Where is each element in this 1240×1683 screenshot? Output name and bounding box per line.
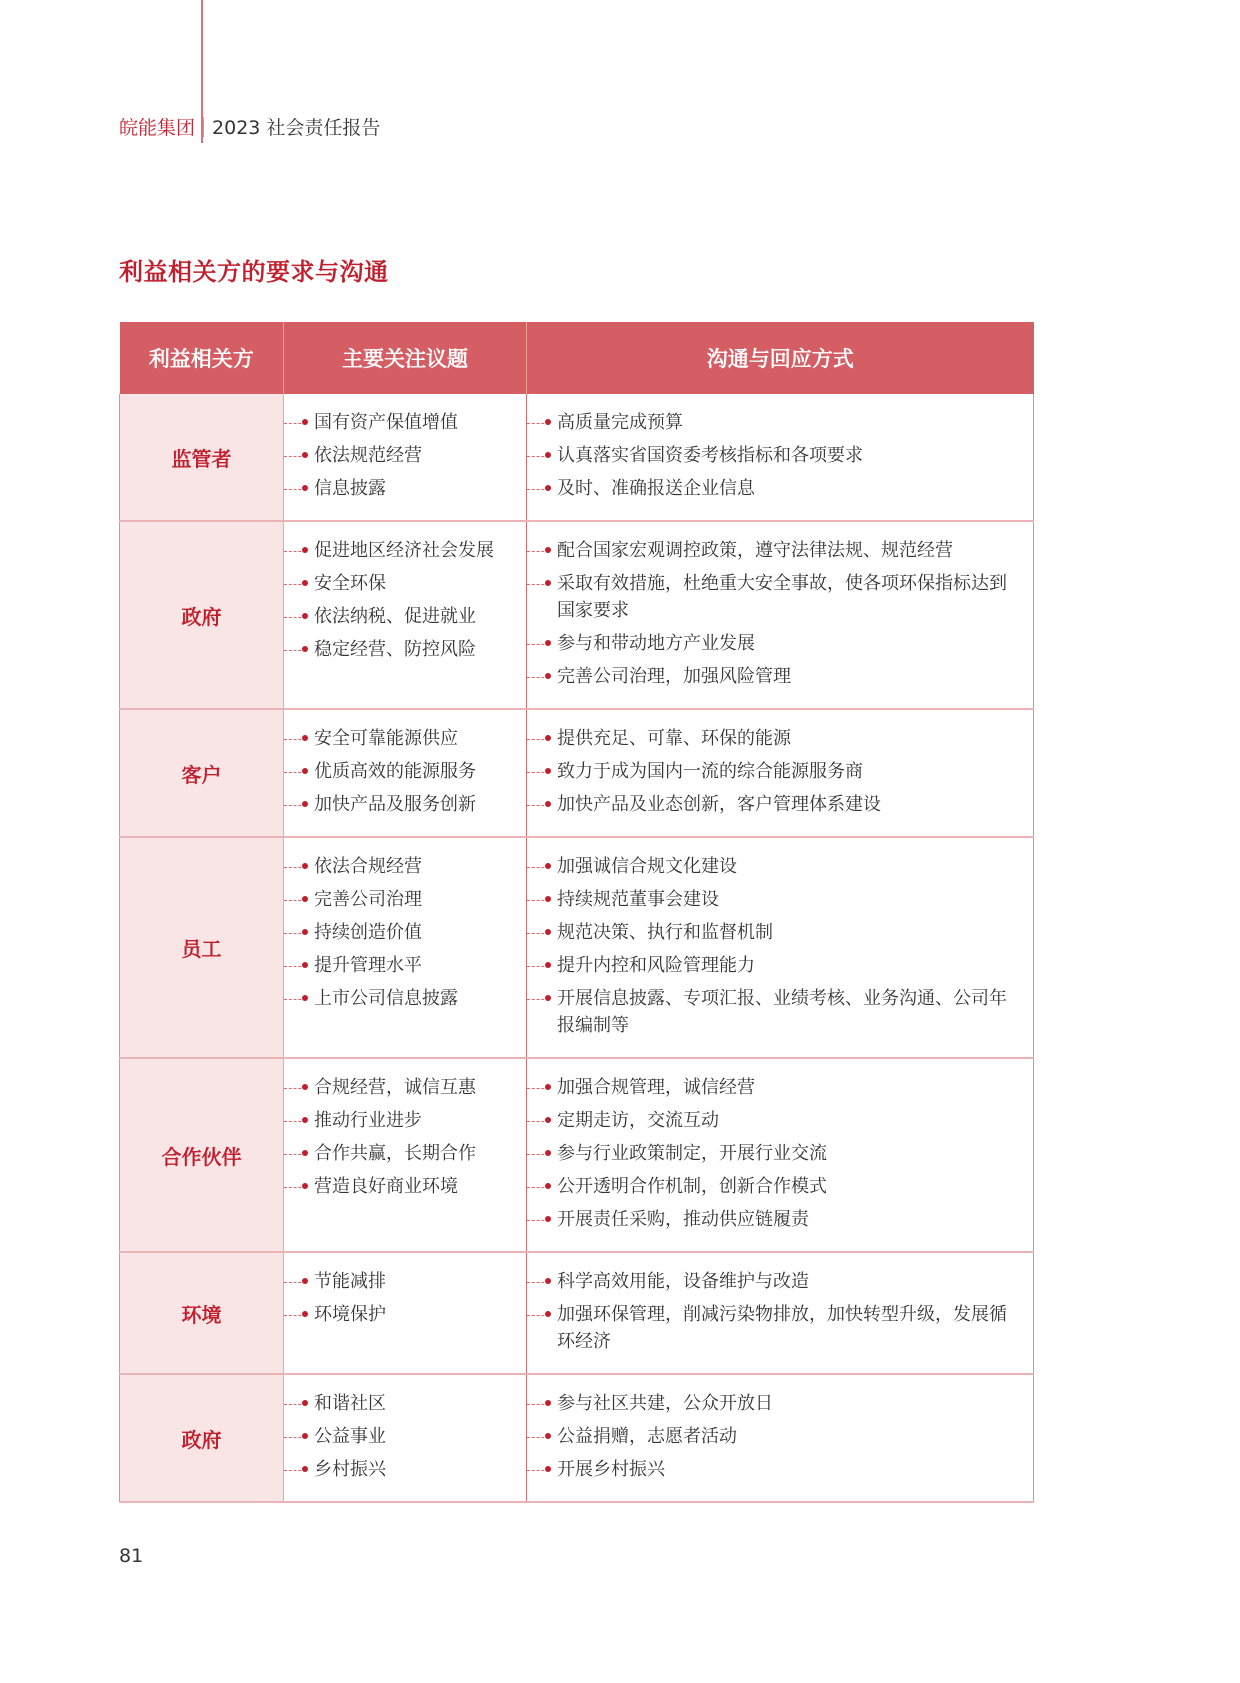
table-row: 员工依法合规经营完善公司治理持续创造价值提升管理水平上市公司信息披露加强诚信合规… <box>120 837 1034 1058</box>
section-title: 利益相关方的要求与沟通 <box>119 252 389 287</box>
bullet-leader-icon <box>284 1301 306 1316</box>
response-item: 参与社区共建，公众开放日 <box>527 1390 1013 1417</box>
bullet-leader-icon <box>284 1173 306 1188</box>
column-header-responses: 沟通与回应方式 <box>527 322 1034 394</box>
topic-item-text: 加快产品及服务创新 <box>310 791 506 818</box>
bullet-leader-icon <box>527 919 549 934</box>
response-item: 开展信息披露、专项汇报、业绩考核、业务沟通、公司年报编制等 <box>527 985 1013 1039</box>
stakeholder-cell: 政府 <box>120 1374 284 1502</box>
responses-cell: 提供充足、可靠、环保的能源致力于成为国内一流的综合能源服务商加快产品及业态创新，… <box>527 709 1034 837</box>
bullet-leader-icon <box>284 636 306 651</box>
bullet-leader-icon <box>527 952 549 967</box>
topic-item: 和谐社区 <box>284 1390 506 1417</box>
response-item: 开展乡村振兴 <box>527 1456 1013 1483</box>
response-item-text: 提供充足、可靠、环保的能源 <box>553 725 1013 752</box>
response-item-text: 采取有效措施，杜绝重大安全事故，使各项环保指标达到国家要求 <box>553 570 1013 624</box>
topic-item: 优质高效的能源服务 <box>284 758 506 785</box>
response-item-text: 加强诚信合规文化建设 <box>553 853 1013 880</box>
topic-item-text: 乡村振兴 <box>310 1456 506 1483</box>
table-header-row: 利益相关方 主要关注议题 沟通与回应方式 <box>120 322 1034 394</box>
bullet-leader-icon <box>527 1173 549 1188</box>
table-row: 合作伙伴合规经营，诚信互惠推动行业进步合作共赢，长期合作营造良好商业环境加强合规… <box>120 1058 1034 1252</box>
topic-item-text: 依法规范经营 <box>310 442 506 469</box>
bullet-leader-icon <box>527 442 549 457</box>
stakeholder-table: 利益相关方 主要关注议题 沟通与回应方式 监管者国有资产保值增值依法规范经营信息… <box>119 322 1034 1503</box>
page-number: 81 <box>119 1545 143 1567</box>
response-item: 及时、准确报送企业信息 <box>527 475 1013 502</box>
bullet-leader-icon <box>527 630 549 645</box>
responses-cell: 加强合规管理，诚信经营定期走访，交流互动参与行业政策制定，开展行业交流公开透明合… <box>527 1058 1034 1252</box>
response-item: 加强环保管理，削减污染物排放，加快转型升级，发展循环经济 <box>527 1301 1013 1355</box>
response-item-text: 参与和带动地方产业发展 <box>553 630 1013 657</box>
topic-item-text: 合规经营，诚信互惠 <box>310 1074 506 1101</box>
response-item: 配合国家宏观调控政策，遵守法律法规、规范经营 <box>527 537 1013 564</box>
bullet-leader-icon <box>527 1107 549 1122</box>
response-item-text: 高质量完成预算 <box>553 409 1013 436</box>
response-item-text: 致力于成为国内一流的综合能源服务商 <box>553 758 1013 785</box>
responses-cell: 科学高效用能，设备维护与改造加强环保管理，削减污染物排放，加快转型升级，发展循环… <box>527 1252 1034 1374</box>
topics-cell: 合规经营，诚信互惠推动行业进步合作共赢，长期合作营造良好商业环境 <box>284 1058 527 1252</box>
bullet-leader-icon <box>527 886 549 901</box>
bullet-leader-icon <box>284 886 306 901</box>
topic-item-text: 和谐社区 <box>310 1390 506 1417</box>
topic-item: 推动行业进步 <box>284 1107 506 1134</box>
bullet-leader-icon <box>284 1390 306 1405</box>
topic-item: 持续创造价值 <box>284 919 506 946</box>
topic-item-text: 完善公司治理 <box>310 886 506 913</box>
topic-item-text: 安全环保 <box>310 570 506 597</box>
topic-item: 依法规范经营 <box>284 442 506 469</box>
bullet-leader-icon <box>527 1390 549 1405</box>
topics-cell: 促进地区经济社会发展安全环保依法纳税、促进就业稳定经营、防控风险 <box>284 521 527 709</box>
bullet-leader-icon <box>284 570 306 585</box>
brand-name: 皖能集团 <box>119 117 195 139</box>
bullet-leader-icon <box>284 853 306 868</box>
topic-item: 环境保护 <box>284 1301 506 1328</box>
response-item-text: 配合国家宏观调控政策，遵守法律法规、规范经营 <box>553 537 1013 564</box>
response-item-text: 提升内控和风险管理能力 <box>553 952 1013 979</box>
topic-item: 依法纳税、促进就业 <box>284 603 506 630</box>
topic-item-text: 合作共赢，长期合作 <box>310 1140 506 1167</box>
topic-item-text: 公益事业 <box>310 1423 506 1450</box>
responses-cell: 配合国家宏观调控政策，遵守法律法规、规范经营采取有效措施，杜绝重大安全事故，使各… <box>527 521 1034 709</box>
responses-cell: 高质量完成预算认真落实省国资委考核指标和各项要求及时、准确报送企业信息 <box>527 394 1034 521</box>
stakeholder-cell: 政府 <box>120 521 284 709</box>
bullet-leader-icon <box>527 1140 549 1155</box>
topic-item-text: 推动行业进步 <box>310 1107 506 1134</box>
responses-cell: 加强诚信合规文化建设持续规范董事会建设规范决策、执行和监督机制提升内控和风险管理… <box>527 837 1034 1058</box>
stakeholder-cell: 监管者 <box>120 394 284 521</box>
response-item-text: 参与社区共建，公众开放日 <box>553 1390 1013 1417</box>
topic-item-text: 上市公司信息披露 <box>310 985 506 1012</box>
response-item-text: 公开透明合作机制，创新合作模式 <box>553 1173 1013 1200</box>
response-item: 致力于成为国内一流的综合能源服务商 <box>527 758 1013 785</box>
bullet-leader-icon <box>527 791 549 806</box>
bullet-leader-icon <box>527 853 549 868</box>
topics-cell: 节能减排环境保护 <box>284 1252 527 1374</box>
response-item: 公开透明合作机制，创新合作模式 <box>527 1173 1013 1200</box>
topic-item: 营造良好商业环境 <box>284 1173 506 1200</box>
response-item: 参与和带动地方产业发展 <box>527 630 1013 657</box>
table-row: 政府和谐社区公益事业乡村振兴参与社区共建，公众开放日公益捐赠，志愿者活动开展乡村… <box>120 1374 1034 1502</box>
running-header: 皖能集团2023 社会责任报告 <box>119 115 380 141</box>
topic-item-text: 提升管理水平 <box>310 952 506 979</box>
bullet-leader-icon <box>284 1423 306 1438</box>
response-item: 加强合规管理，诚信经营 <box>527 1074 1013 1101</box>
response-item-text: 参与行业政策制定，开展行业交流 <box>553 1140 1013 1167</box>
topic-item: 促进地区经济社会发展 <box>284 537 506 564</box>
response-item: 规范决策、执行和监督机制 <box>527 919 1013 946</box>
bullet-leader-icon <box>527 1206 549 1221</box>
bullet-leader-icon <box>284 475 306 490</box>
response-item: 开展责任采购，推动供应链履责 <box>527 1206 1013 1233</box>
response-item-text: 公益捐赠，志愿者活动 <box>553 1423 1013 1450</box>
bullet-leader-icon <box>284 603 306 618</box>
topic-item: 合规经营，诚信互惠 <box>284 1074 506 1101</box>
bullet-leader-icon <box>527 663 549 678</box>
topic-item-text: 稳定经营、防控风险 <box>310 636 506 663</box>
bullet-leader-icon <box>284 442 306 457</box>
table-row: 环境节能减排环境保护科学高效用能，设备维护与改造加强环保管理，削减污染物排放，加… <box>120 1252 1034 1374</box>
topic-item-text: 环境保护 <box>310 1301 506 1328</box>
response-item-text: 开展责任采购，推动供应链履责 <box>553 1206 1013 1233</box>
bullet-leader-icon <box>284 952 306 967</box>
topic-item-text: 营造良好商业环境 <box>310 1173 506 1200</box>
topic-item: 完善公司治理 <box>284 886 506 913</box>
topic-item-text: 国有资产保值增值 <box>310 409 506 436</box>
bullet-leader-icon <box>284 791 306 806</box>
column-header-stakeholder: 利益相关方 <box>120 322 284 394</box>
topic-item-text: 依法纳税、促进就业 <box>310 603 506 630</box>
topics-cell: 国有资产保值增值依法规范经营信息披露 <box>284 394 527 521</box>
bullet-leader-icon <box>284 1268 306 1283</box>
stakeholder-cell: 环境 <box>120 1252 284 1374</box>
stakeholder-cell: 合作伙伴 <box>120 1058 284 1252</box>
topic-item: 加快产品及服务创新 <box>284 791 506 818</box>
topic-item: 依法合规经营 <box>284 853 506 880</box>
topic-item: 公益事业 <box>284 1423 506 1450</box>
bullet-leader-icon <box>527 758 549 773</box>
topic-item: 国有资产保值增值 <box>284 409 506 436</box>
bullet-leader-icon <box>527 1423 549 1438</box>
topic-item: 稳定经营、防控风险 <box>284 636 506 663</box>
table-row: 监管者国有资产保值增值依法规范经营信息披露高质量完成预算认真落实省国资委考核指标… <box>120 394 1034 521</box>
response-item-text: 加强合规管理，诚信经营 <box>553 1074 1013 1101</box>
bullet-leader-icon <box>527 1456 549 1471</box>
response-item: 提升内控和风险管理能力 <box>527 952 1013 979</box>
topic-item-text: 促进地区经济社会发展 <box>310 537 506 564</box>
bullet-leader-icon <box>527 409 549 424</box>
bullet-leader-icon <box>284 919 306 934</box>
header-divider <box>203 117 204 137</box>
table-body: 监管者国有资产保值增值依法规范经营信息披露高质量完成预算认真落实省国资委考核指标… <box>120 394 1034 1502</box>
bullet-leader-icon <box>527 1268 549 1283</box>
bullet-leader-icon <box>527 725 549 740</box>
response-item: 认真落实省国资委考核指标和各项要求 <box>527 442 1013 469</box>
bullet-leader-icon <box>284 1074 306 1089</box>
bullet-leader-icon <box>527 475 549 490</box>
response-item-text: 开展乡村振兴 <box>553 1456 1013 1483</box>
topic-item: 合作共赢，长期合作 <box>284 1140 506 1167</box>
response-item: 公益捐赠，志愿者活动 <box>527 1423 1013 1450</box>
bullet-leader-icon <box>527 985 549 1000</box>
bullet-leader-icon <box>284 537 306 552</box>
response-item-text: 及时、准确报送企业信息 <box>553 475 1013 502</box>
topic-item: 安全环保 <box>284 570 506 597</box>
bullet-leader-icon <box>284 985 306 1000</box>
report-title: 2023 社会责任报告 <box>212 117 380 139</box>
response-item: 提供充足、可靠、环保的能源 <box>527 725 1013 752</box>
responses-cell: 参与社区共建，公众开放日公益捐赠，志愿者活动开展乡村振兴 <box>527 1374 1034 1502</box>
response-item: 采取有效措施，杜绝重大安全事故，使各项环保指标达到国家要求 <box>527 570 1013 624</box>
topic-item-text: 优质高效的能源服务 <box>310 758 506 785</box>
response-item: 加快产品及业态创新，客户管理体系建设 <box>527 791 1013 818</box>
response-item: 定期走访，交流互动 <box>527 1107 1013 1134</box>
table-row: 客户安全可靠能源供应优质高效的能源服务加快产品及服务创新提供充足、可靠、环保的能… <box>120 709 1034 837</box>
bullet-leader-icon <box>284 1140 306 1155</box>
topic-item-text: 节能减排 <box>310 1268 506 1295</box>
response-item-text: 开展信息披露、专项汇报、业绩考核、业务沟通、公司年报编制等 <box>553 985 1013 1039</box>
topic-item-text: 依法合规经营 <box>310 853 506 880</box>
response-item: 高质量完成预算 <box>527 409 1013 436</box>
stakeholder-cell: 员工 <box>120 837 284 1058</box>
response-item: 加强诚信合规文化建设 <box>527 853 1013 880</box>
response-item-text: 定期走访，交流互动 <box>553 1107 1013 1134</box>
column-header-topics: 主要关注议题 <box>284 322 527 394</box>
bullet-leader-icon <box>527 570 549 585</box>
topics-cell: 安全可靠能源供应优质高效的能源服务加快产品及服务创新 <box>284 709 527 837</box>
bullet-leader-icon <box>284 758 306 773</box>
topic-item: 上市公司信息披露 <box>284 985 506 1012</box>
bullet-leader-icon <box>527 1074 549 1089</box>
response-item: 持续规范董事会建设 <box>527 886 1013 913</box>
response-item-text: 加快产品及业态创新，客户管理体系建设 <box>553 791 1013 818</box>
table-row: 政府促进地区经济社会发展安全环保依法纳税、促进就业稳定经营、防控风险配合国家宏观… <box>120 521 1034 709</box>
topic-item-text: 安全可靠能源供应 <box>310 725 506 752</box>
bullet-leader-icon <box>284 1107 306 1122</box>
bullet-leader-icon <box>527 1301 549 1316</box>
response-item-text: 持续规范董事会建设 <box>553 886 1013 913</box>
response-item: 参与行业政策制定，开展行业交流 <box>527 1140 1013 1167</box>
bullet-leader-icon <box>284 1456 306 1471</box>
topic-item-text: 信息披露 <box>310 475 506 502</box>
response-item-text: 完善公司治理，加强风险管理 <box>553 663 1013 690</box>
topics-cell: 依法合规经营完善公司治理持续创造价值提升管理水平上市公司信息披露 <box>284 837 527 1058</box>
response-item-text: 规范决策、执行和监督机制 <box>553 919 1013 946</box>
bullet-leader-icon <box>527 537 549 552</box>
bullet-leader-icon <box>284 725 306 740</box>
topic-item: 安全可靠能源供应 <box>284 725 506 752</box>
topics-cell: 和谐社区公益事业乡村振兴 <box>284 1374 527 1502</box>
response-item: 科学高效用能，设备维护与改造 <box>527 1268 1013 1295</box>
topic-item: 节能减排 <box>284 1268 506 1295</box>
stakeholder-cell: 客户 <box>120 709 284 837</box>
topic-item: 信息披露 <box>284 475 506 502</box>
topic-item: 提升管理水平 <box>284 952 506 979</box>
bullet-leader-icon <box>284 409 306 424</box>
response-item: 完善公司治理，加强风险管理 <box>527 663 1013 690</box>
response-item-text: 加强环保管理，削减污染物排放，加快转型升级，发展循环经济 <box>553 1301 1013 1355</box>
topic-item-text: 持续创造价值 <box>310 919 506 946</box>
response-item-text: 科学高效用能，设备维护与改造 <box>553 1268 1013 1295</box>
response-item-text: 认真落实省国资委考核指标和各项要求 <box>553 442 1013 469</box>
topic-item: 乡村振兴 <box>284 1456 506 1483</box>
